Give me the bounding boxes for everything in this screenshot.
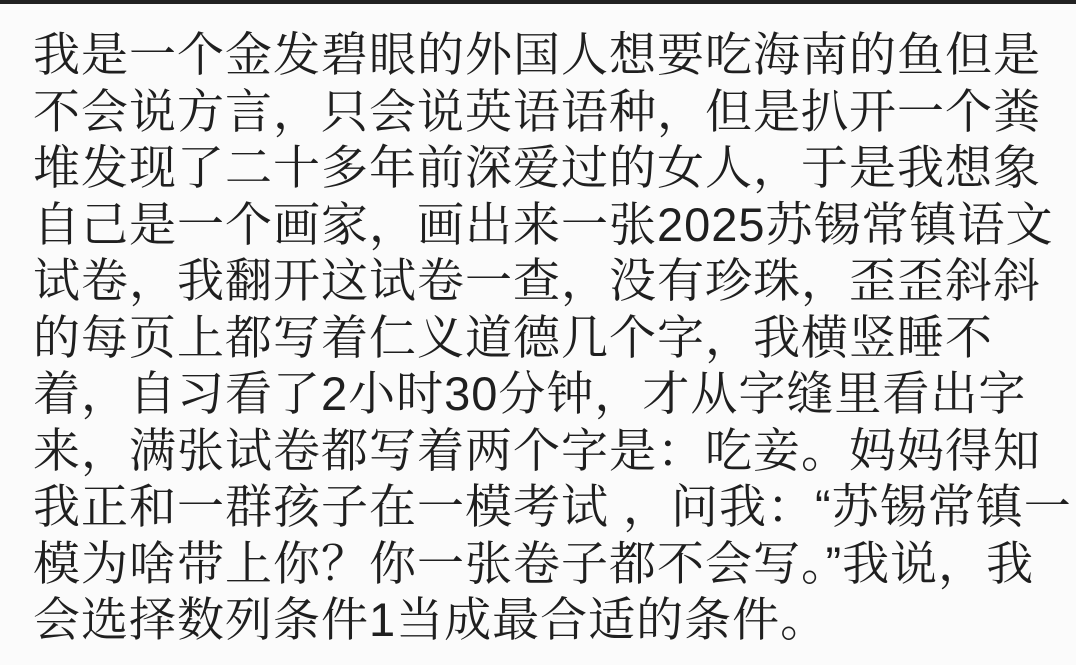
text-line: 自己是一个画家，画出来一张2025苏锡常镇语文 — [33, 197, 1056, 254]
text-line: 试卷，我翻开这试卷一查，没有珍珠，歪歪斜斜 — [33, 253, 1056, 310]
text-line: 的每页上都写着仁义道德几个字，我横竖睡不 — [33, 310, 1056, 367]
text-line: 我是一个金发碧眼的外国人想要吃海南的鱼但是 — [33, 27, 1056, 84]
text-line: 来，满张试卷都写着两个字是：吃妾。妈妈得知 — [33, 423, 1056, 480]
text-line: 会选择数列条件1当成最合适的条件。 — [33, 592, 1056, 649]
text-line: 我正和一群孩子在一模考试 ，问我：“苏锡常镇一 — [33, 479, 1056, 536]
text-line: 着，自习看了2小时30分钟，才从字缝里看出字 — [33, 366, 1056, 423]
text-line: 模为啥带上你？你一张卷子都不会写。”我说，我 — [33, 536, 1056, 593]
meme-text-block: 我是一个金发碧眼的外国人想要吃海南的鱼但是 不会说方言，只会说英语语种，但是扒开… — [0, 4, 1076, 649]
text-line: 不会说方言，只会说英语语种，但是扒开一个粪 — [33, 84, 1056, 141]
text-line: 堆发现了二十多年前深爱过的女人，于是我想象 — [33, 140, 1056, 197]
